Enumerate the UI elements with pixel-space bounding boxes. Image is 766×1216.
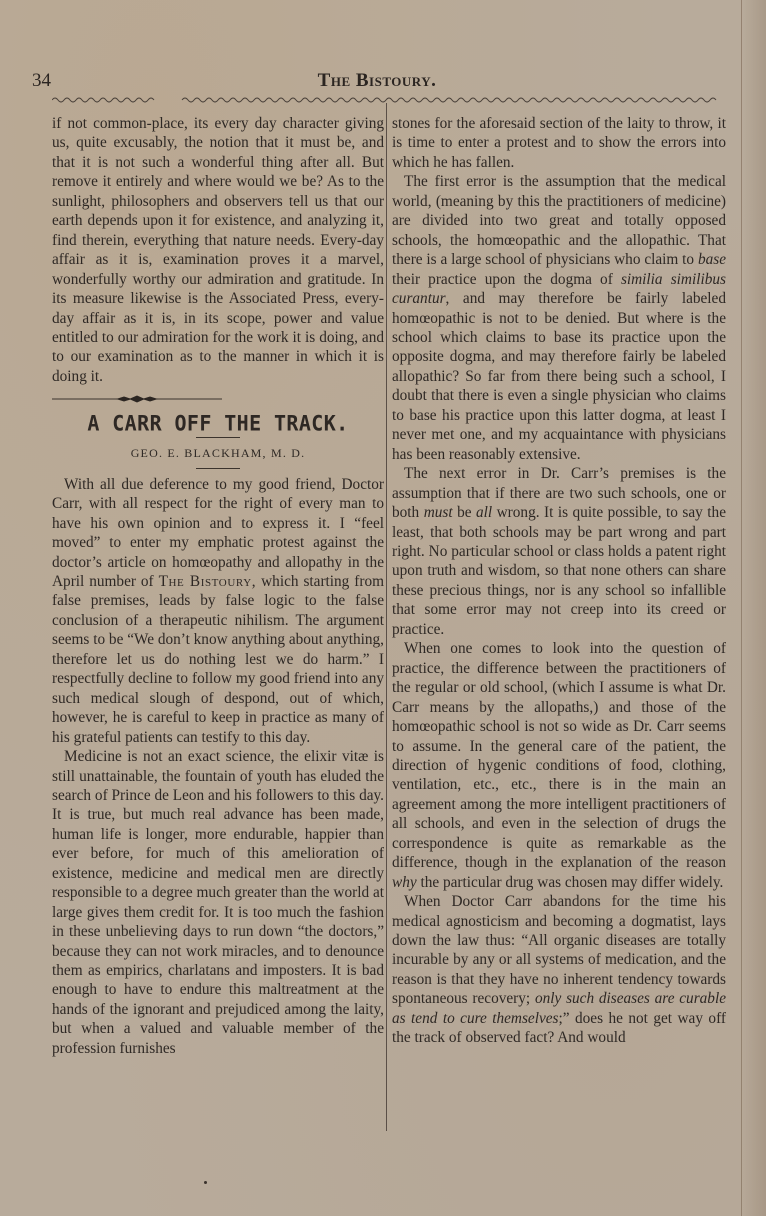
italic-text: must — [424, 504, 453, 521]
running-title: The Bistoury. — [32, 70, 722, 92]
paragraph-next-error: The next error in Dr. Carr’s premises is… — [392, 464, 726, 639]
journal-name: The Bistoury, — [159, 573, 257, 590]
author-byline: GEO. E. BLACKHAM, M. D. — [52, 444, 384, 463]
byline-rule — [196, 468, 240, 469]
paragraph-text: which starting from false premises, lead… — [52, 573, 384, 746]
continued-paragraph: if not common-place, its every day chara… — [52, 114, 384, 386]
paragraph-text: wrong. It is quite possible, to say the … — [392, 504, 726, 638]
paragraph-text: be — [453, 504, 476, 521]
article-paragraph-2: Medicine is not an exact science, the el… — [52, 747, 384, 1058]
italic-text: why — [392, 874, 417, 891]
ornamental-rule-icon — [52, 394, 222, 404]
paragraph-text: When one comes to look into the question… — [392, 640, 726, 871]
article-paragraph-1: With all due deference to my good friend… — [52, 475, 384, 747]
left-column: if not common-place, its every day chara… — [52, 114, 384, 1058]
paragraph-text: their practice upon the dogma of — [392, 271, 621, 288]
paragraph-first-error: The first error is the assumption that t… — [392, 172, 726, 464]
paragraph-text: The first error is the assumption that t… — [392, 173, 726, 268]
italic-text: all — [476, 504, 492, 521]
paragraph-text: , and may therefore be fairly labeled ho… — [392, 290, 726, 463]
italic-text: base — [698, 251, 726, 268]
page-header: 34 The Bistoury. — [32, 70, 722, 98]
right-column: stones for the aforesaid section of the … — [392, 114, 726, 1048]
title-rule — [196, 437, 240, 438]
article-title: A CARR OFF THE TRACK. — [52, 413, 384, 433]
paragraph-text: the particular drug was chosen may diffe… — [417, 874, 724, 891]
wavy-rule-divider — [52, 96, 718, 104]
column-divider — [386, 103, 387, 1131]
paragraph-practice: When one comes to look into the question… — [392, 639, 726, 892]
ink-speck — [204, 1181, 207, 1184]
paragraph-dogmatist: When Doctor Carr abandons for the time h… — [392, 892, 726, 1048]
continued-paragraph: stones for the aforesaid section of the … — [392, 114, 726, 172]
page-edge-shadow — [741, 0, 766, 1216]
